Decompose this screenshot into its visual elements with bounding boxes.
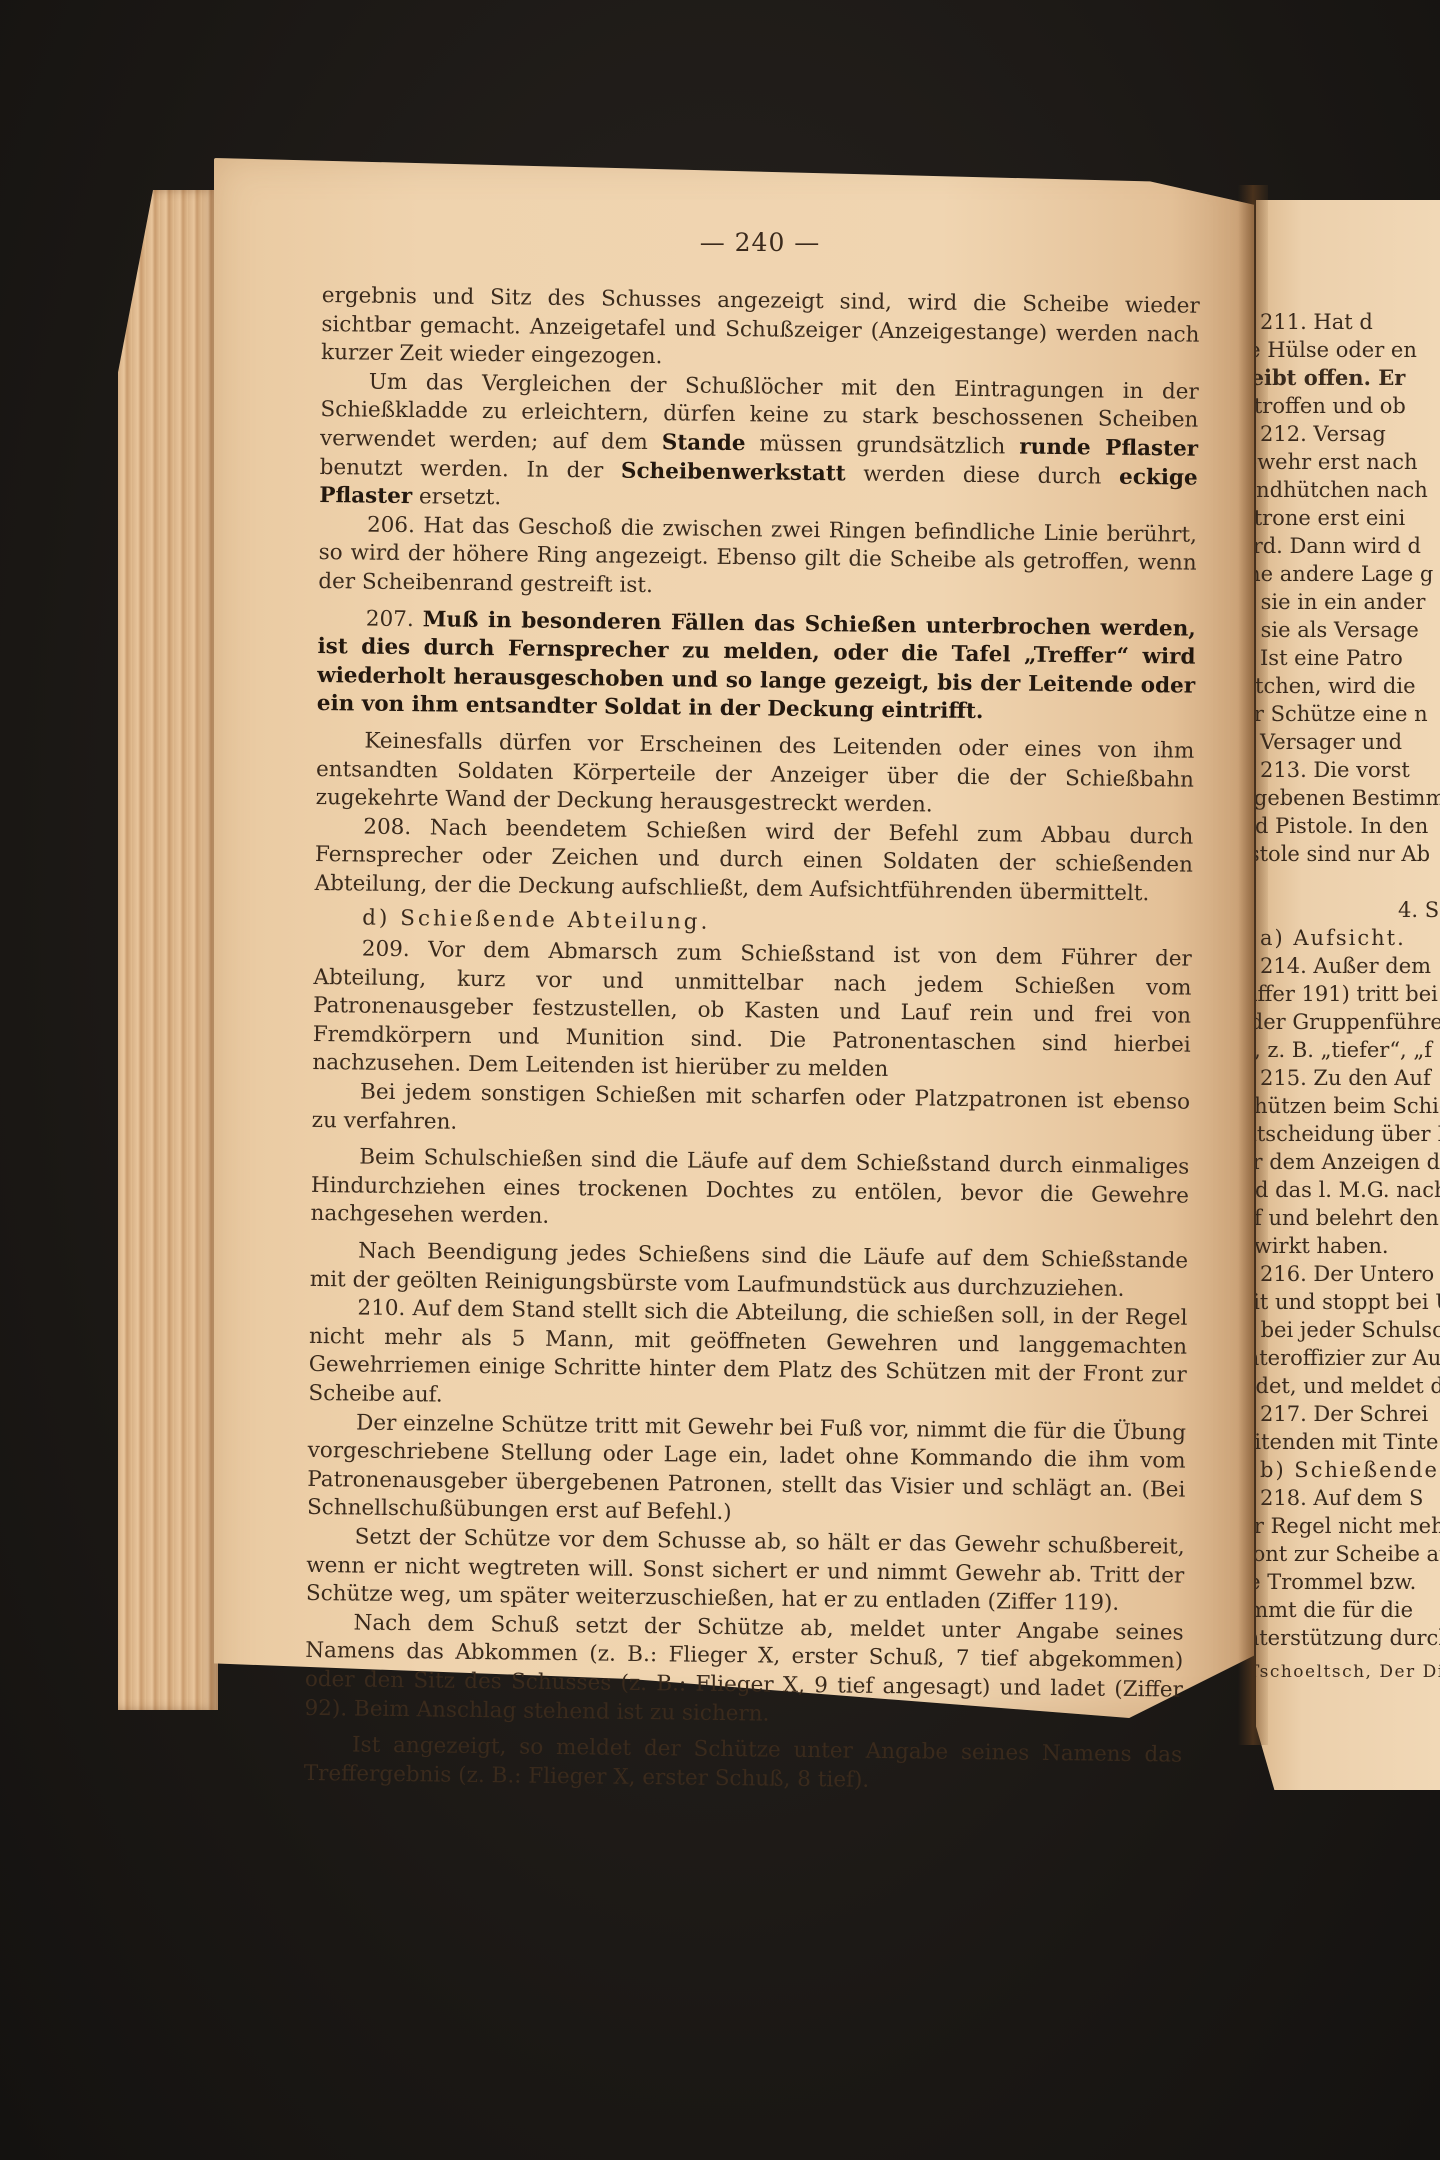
paragraph-absetzen: Setzt der Schütze vor dem Schusse ab, so…	[306, 1523, 1185, 1620]
paragraph-206: 206. Hat das Geschoß die zwischen zwei R…	[318, 511, 1197, 608]
text-line: Zündhütchen nach	[1256, 476, 1440, 504]
right-page-text: 211. Hat d die Hülse oder en bleibt offe…	[1256, 308, 1440, 1686]
text-line: nimmt die für die	[1256, 1596, 1440, 1624]
bold-term: Stande	[662, 430, 746, 456]
text-line: 215. Zu den Auf	[1256, 1064, 1440, 1092]
paragraph-beendigung: Nach Beendigung jedes Schießens sind die…	[310, 1237, 1189, 1305]
text-line: t, der Gruppenführe	[1256, 1008, 1440, 1036]
text-line: Entscheidung über H	[1256, 1120, 1440, 1148]
bold-term: runde Pflaster	[1019, 435, 1198, 462]
paragraph-schulschiessen: Beim Schulschießen sind die Läufe auf de…	[310, 1143, 1189, 1240]
text-line: ist sie als Versage	[1256, 616, 1440, 644]
text-line: die Hülse oder en	[1256, 336, 1440, 364]
text-line: 213. Die vorst	[1256, 756, 1440, 784]
text-line: Leitenden mit Tinte	[1256, 1428, 1440, 1456]
paragraph-210: 210. Auf dem Stand stellt sich die Abtei…	[308, 1294, 1187, 1419]
text-line: 218. Auf dem S	[1256, 1484, 1440, 1512]
page-number: — 240 —	[0, 228, 1440, 257]
text-line: eine andere Lage g	[1256, 560, 1440, 588]
text-line: 211. Hat d	[1256, 308, 1440, 336]
paragraph-207: 207. Muß in besonderen Fällen das Schieß…	[317, 605, 1196, 730]
text-line: und das l. M.G. nach	[1256, 1176, 1440, 1204]
text-line: gewirkt haben.	[1256, 1232, 1440, 1260]
text-line: 212. Versag	[1256, 420, 1440, 448]
paragraph-pflaster: Um das Vergleichen der Schußlöcher mit d…	[319, 368, 1199, 522]
text-line: bleibt offen. Er	[1256, 364, 1440, 392]
paragraph-208: 208. Nach beendetem Schießen wird der Be…	[314, 813, 1193, 910]
text-line: keit und stoppt bei Üb	[1256, 1288, 1440, 1316]
section-heading: 4. S	[1256, 896, 1440, 924]
text-line: getroffen und ob	[1256, 392, 1440, 420]
text-line: vor dem Anzeigen die	[1256, 1148, 1440, 1176]
page-edges-stack	[118, 190, 218, 1710]
paragraph-sonstiges-schiessen: Bei jedem sonstigen Schießen mit scharfe…	[312, 1078, 1191, 1146]
paragraph-keinesfalls: Keinesfalls dürfen vor Erscheinen des Le…	[316, 727, 1195, 824]
paragraph-einzelne-schuetze: Der einzelne Schütze tritt mit Gewehr be…	[307, 1408, 1186, 1533]
bold-term: Scheibenwerkstatt	[621, 458, 846, 486]
paragraph-nach-dem-schuss: Nach dem Schuß setzt der Schütze ab, mel…	[304, 1609, 1183, 1734]
paragraph-209: 209. Vor dem Abmarsch zum Schießstand is…	[312, 935, 1192, 1089]
right-page-fragment: 211. Hat d die Hülse oder en bleibt offe…	[1256, 0, 1440, 2160]
text-line: Pistole sind nur Ab	[1256, 840, 1440, 868]
text-line: Ist eine Patro	[1256, 644, 1440, 672]
text-line: wird. Dann wird d	[1256, 532, 1440, 560]
text-line: ist sie in ein ander	[1256, 588, 1440, 616]
text-line: Unterstützung durch	[1256, 1624, 1440, 1652]
text-line: der Schütze eine n	[1256, 700, 1440, 728]
text-line: 217. Der Schrei	[1256, 1400, 1440, 1428]
paragraph-continuation: ergebnis und Sitz des Schusses angezeigt…	[321, 282, 1200, 379]
text-line	[1256, 868, 1440, 896]
subheading-aufsicht: a) Aufsicht.	[1256, 924, 1440, 952]
text-line: ist bei jeder Schulschi	[1256, 1316, 1440, 1344]
left-page-text: ergebnis und Sitz des Schusses angezeigt…	[304, 282, 1200, 1799]
text-line: 214. Außer dem	[1256, 952, 1440, 980]
page-footer-signature: Tschoeltsch, Der Di	[1256, 1658, 1440, 1686]
paragraph-treffergebnis: Ist angezeigt, so meldet der Schütze unt…	[304, 1731, 1183, 1799]
text-line: 216. Der Untero	[1256, 1260, 1440, 1288]
text-line: Schützen beim Schie	[1256, 1092, 1440, 1120]
text-line: oll, z. B. „tiefer“, „f	[1256, 1036, 1440, 1064]
text-line: (Ziffer 191) tritt bei d	[1256, 980, 1440, 1008]
text-line: Front zur Scheibe au	[1256, 1540, 1440, 1568]
text-line: Unteroffizier zur Auf	[1256, 1344, 1440, 1372]
text-line: gegebenen Bestimm	[1256, 784, 1440, 812]
subheading-schiessende: b) Schießende	[1256, 1456, 1440, 1484]
text-line: findet, und meldet die	[1256, 1372, 1440, 1400]
text-line: Patrone erst eini	[1256, 504, 1440, 532]
text-line: auf und belehrt den S	[1256, 1204, 1440, 1232]
text-line: der Regel nicht mehr	[1256, 1512, 1440, 1540]
text-line: hütchen, wird die	[1256, 672, 1440, 700]
text-line: und Pistole. In den	[1256, 812, 1440, 840]
text-line: Gewehr erst nach	[1256, 448, 1440, 476]
text-line: die Trommel bzw.	[1256, 1568, 1440, 1596]
text-line: Versager und	[1256, 728, 1440, 756]
